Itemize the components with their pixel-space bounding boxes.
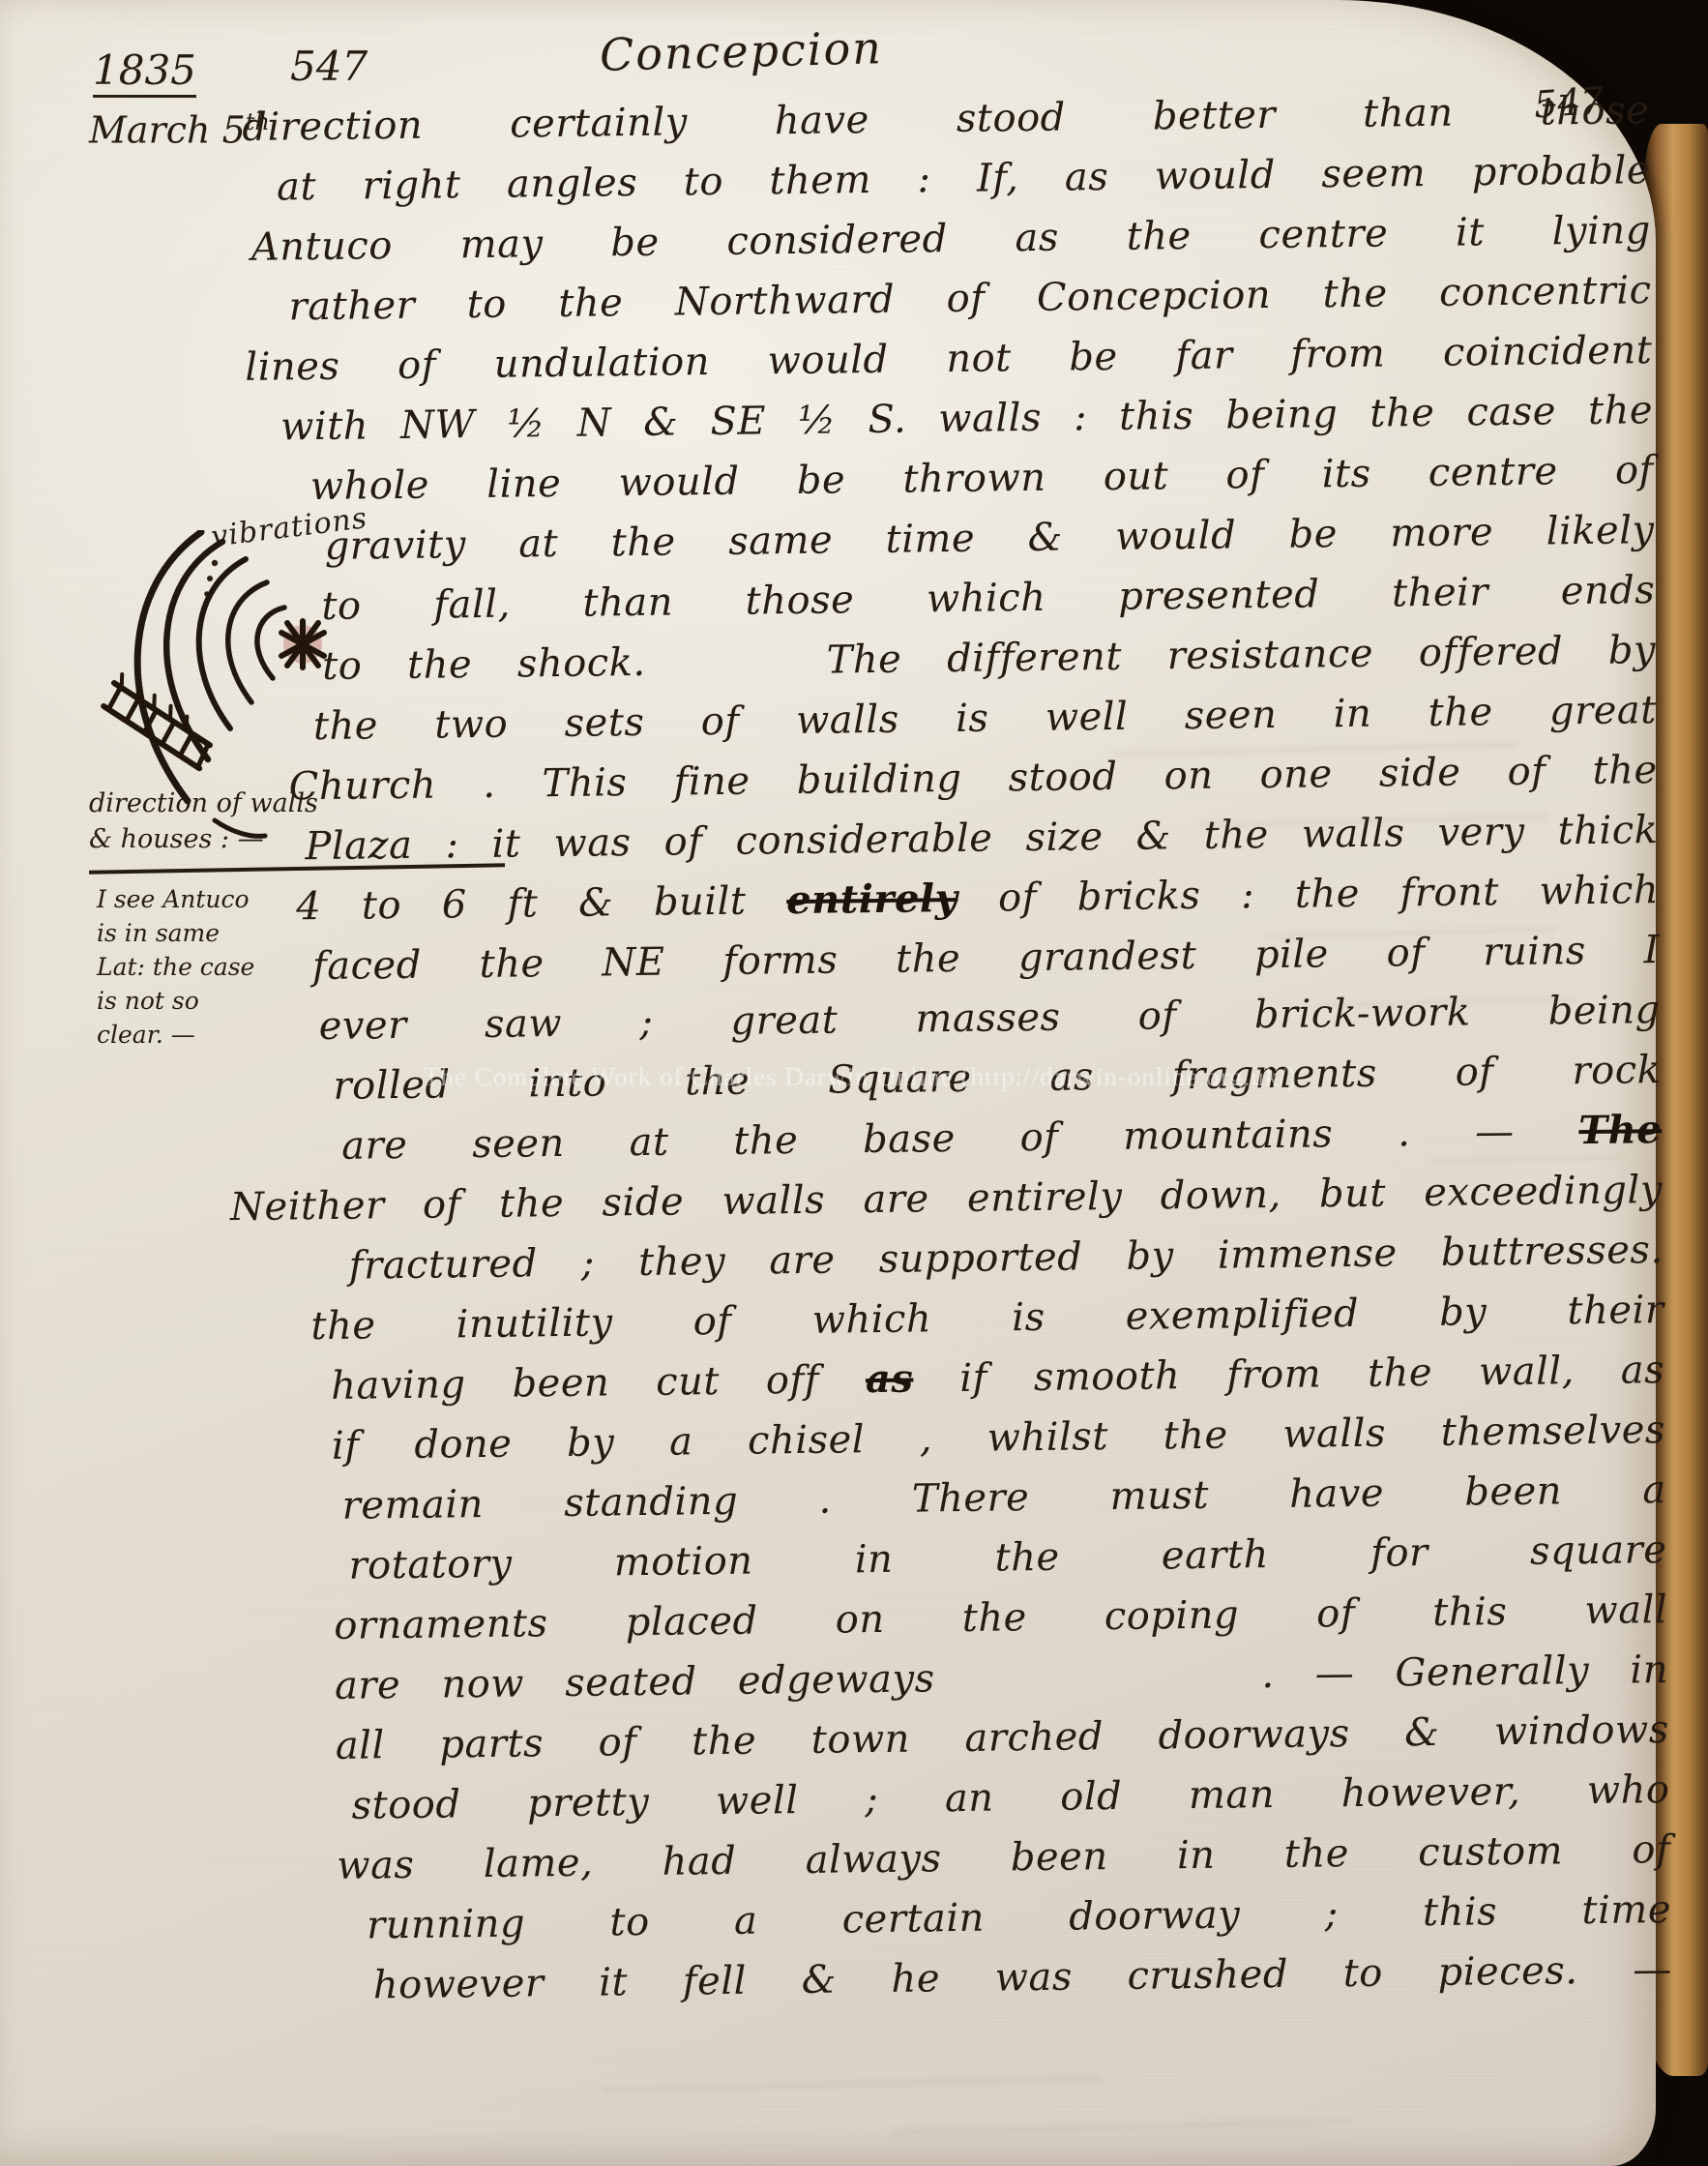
- manuscript-line: at right angles to them : If, as would s…: [277, 140, 1651, 217]
- manuscript-line: fractured ; they are supported by immens…: [348, 1220, 1664, 1296]
- manuscript-line: ever saw ; great masses of brick-work be…: [318, 980, 1661, 1056]
- manuscript-line: stood pretty well ; an old man however, …: [351, 1760, 1670, 1836]
- bleed-through-mark: [1267, 927, 1557, 937]
- date-ordinal-suffix: th: [246, 108, 270, 135]
- manuscript-line: having been cut off as if smooth from th…: [331, 1340, 1665, 1416]
- manuscript-line: gravity at the same time & would be more…: [324, 500, 1655, 577]
- margin-note-line: & houses : —: [89, 821, 318, 857]
- manuscript-line: the inutility of which is exemplified by…: [310, 1280, 1664, 1356]
- margin-note-line: clear. —: [97, 1018, 254, 1052]
- manuscript-line: 4 to 6 ft & built entirely of bricks : t…: [296, 860, 1660, 936]
- book-photo: 1835 547 Concepcion 547 March 5th direct…: [0, 0, 1708, 2166]
- note-underline: [89, 863, 505, 875]
- margin-note-line: Lat: the case: [97, 950, 254, 984]
- epicentre-star-icon: [281, 621, 324, 668]
- margin-note-line: direction of walls: [89, 786, 318, 821]
- manuscript-line: Neither of the side walls are entirely d…: [230, 1160, 1664, 1237]
- bleed-through-mark: [1431, 1155, 1625, 1164]
- bleed-through-mark: [1315, 997, 1576, 1008]
- dotted-trail: [204, 560, 218, 597]
- page-title: Concepcion: [599, 21, 883, 81]
- vibration-arcs-icon: [137, 532, 284, 836]
- manuscript-line: all parts of the town arched doorways & …: [335, 1700, 1669, 1776]
- manuscript-line: whole line would be thrown out of its ce…: [310, 440, 1655, 517]
- bleed-through-mark: [600, 2076, 1103, 2093]
- manuscript-line: rolled into the Square as fragments of r…: [333, 1040, 1662, 1116]
- manuscript-line: are now seated edgeways . — Generally in: [335, 1640, 1669, 1716]
- earthquake-vibration-sketch: [101, 530, 362, 859]
- manuscript-line: if done by a chisel , whilst the walls t…: [332, 1400, 1666, 1476]
- manuscript-line: lines of undulation would not be far fro…: [245, 320, 1653, 398]
- manuscript-line: faced the NE forms the grandest pile of …: [312, 920, 1661, 996]
- manuscript-line: to fall, than those which presented thei…: [321, 560, 1656, 637]
- vibrations-label: vibrations: [209, 501, 368, 554]
- manuscript-line: running to a certain doorway ; this time: [367, 1880, 1672, 1955]
- manuscript-body: direction certainly have stood better th…: [0, 79, 1702, 101]
- manuscript-line: rotatory motion in the earth for square: [348, 1520, 1667, 1596]
- bleed-through-mark: [1199, 815, 1547, 828]
- page-number-left: 547: [290, 43, 368, 90]
- manuscript-line: rather to the Northward of Concepcion th…: [288, 260, 1652, 337]
- walls-direction-note: direction of walls& houses : —: [89, 786, 318, 857]
- margin-note-line: is not so: [97, 984, 254, 1018]
- manuscript-line: was lame, had always been in the custom …: [337, 1820, 1671, 1896]
- manuscript-page: 1835 547 Concepcion 547 March 5th direct…: [0, 0, 1656, 2166]
- manuscript-line: however it fell & he was crushed to piec…: [372, 1940, 1672, 2015]
- watermark: The Complete Work of Charles Darwin Onli…: [424, 1062, 1449, 1092]
- manuscript-line: remain standing . There must have been a: [341, 1460, 1666, 1536]
- year-label: 1835: [93, 46, 196, 98]
- manuscript-line: Church . This fine building stood on one…: [288, 740, 1658, 816]
- bleed-through-mark: [890, 2119, 1354, 2135]
- antuco-note: I see Antucois in sameLat: the caseis no…: [97, 882, 254, 1052]
- manuscript-line: are seen at the base of mountains . — Th…: [341, 1100, 1663, 1176]
- manuscript-line: ornaments placed on the coping of this w…: [334, 1580, 1668, 1656]
- manuscript-line: Plaza : it was of considerable size & th…: [305, 800, 1659, 876]
- manuscript-line: the two sets of walls is well seen in th…: [313, 680, 1658, 757]
- manuscript-line: direction certainly have stood better th…: [242, 80, 1650, 158]
- hatched-wall-direction-icon: [101, 673, 220, 768]
- bleed-through-mark: [1112, 742, 1518, 757]
- margin-note-line: is in same: [97, 916, 254, 950]
- manuscript-line: with NW ½ N & SE ½ S. walls : this being…: [280, 380, 1654, 457]
- margin-date: March 5th: [89, 108, 270, 152]
- margin-note-line: I see Antuco: [97, 882, 254, 916]
- manuscript-line: Antuco may be considered as the centre i…: [250, 200, 1651, 278]
- manuscript-line: to the shock. The different resistance o…: [322, 620, 1657, 697]
